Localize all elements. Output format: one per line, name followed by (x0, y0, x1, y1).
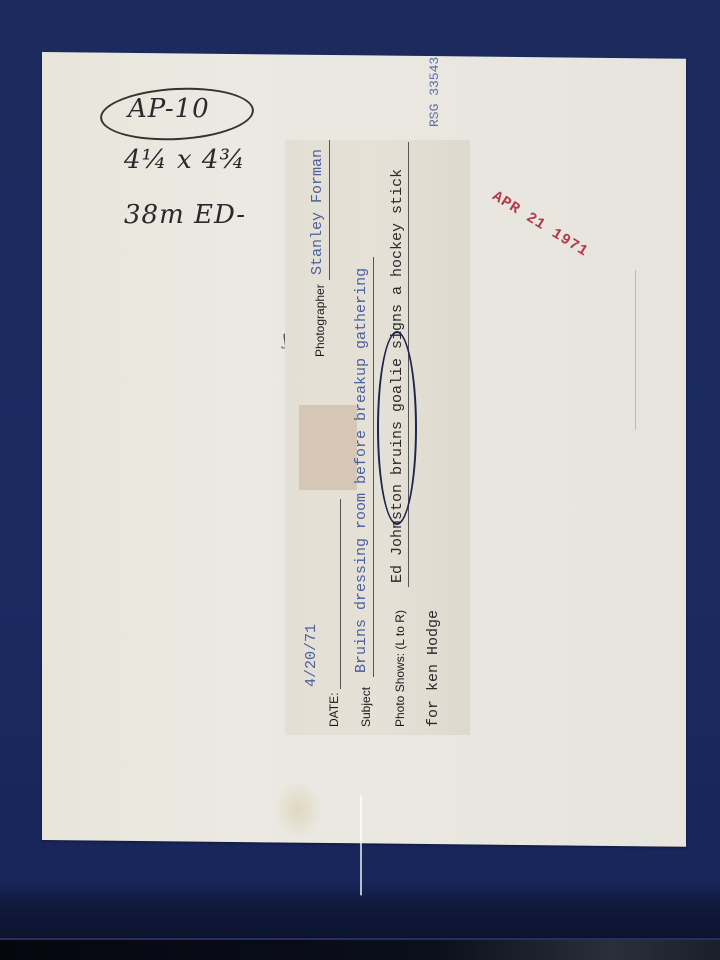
handwritten-film-note: 38m ED- (124, 200, 246, 230)
paper-fold (360, 795, 362, 895)
caption-strip: DATE: 4/20/71 Photographer Stanley Forma… (285, 140, 470, 735)
photographer-label: Photographer (313, 284, 327, 357)
photographer-value: Stanley Forman (309, 149, 326, 275)
date-label: DATE: (327, 693, 341, 727)
paper-crease (635, 270, 636, 430)
photo-shows-line2: for ken Hodge (425, 610, 442, 727)
handwritten-dimensions: 4¼ x 4¾ (124, 145, 246, 175)
photo-shows-label: Photo Shows: (L to R) (393, 610, 407, 727)
table-edge (0, 938, 720, 960)
subject-label: Subject (359, 687, 373, 727)
handwritten-code: AP-10 (128, 94, 210, 124)
caption-strip-body: DATE: 4/20/71 Photographer Stanley Forma… (285, 140, 470, 735)
subject-value: Bruins dressing room before breakup gath… (353, 268, 370, 673)
reference-number: RSG 33543 (427, 57, 442, 127)
date-value: 4/20/71 (303, 624, 320, 687)
circled-name-oval (377, 331, 417, 525)
tape-residue (299, 405, 357, 490)
paper-stain (274, 779, 322, 840)
